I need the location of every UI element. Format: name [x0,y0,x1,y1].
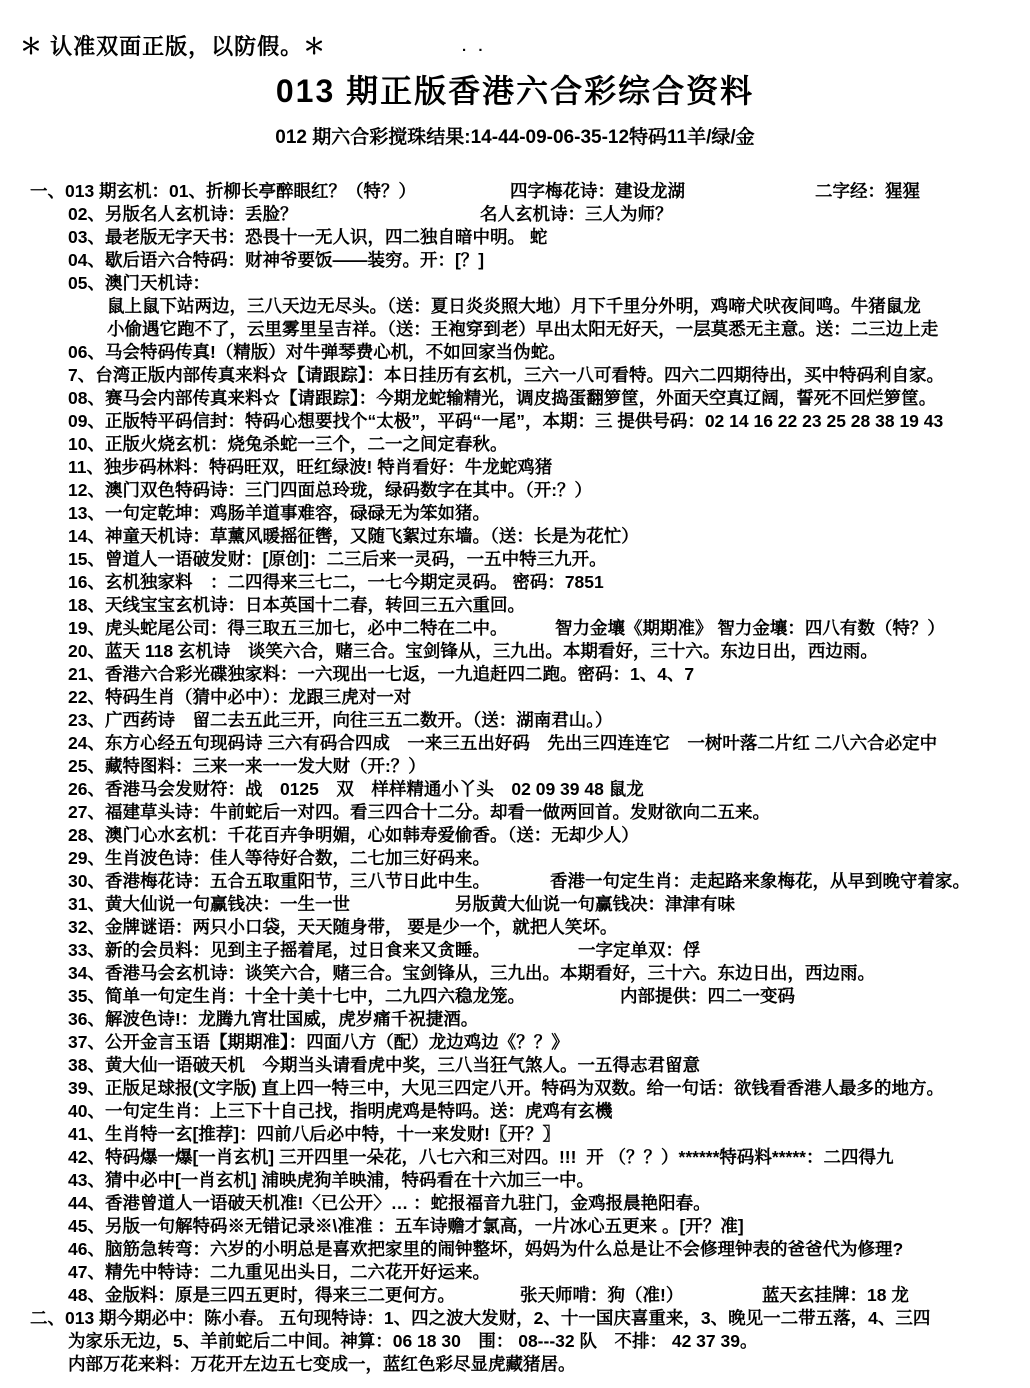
text-line: 16、玄机独家料 ：二四得来三七二，一七今期定灵码。 密码：7851 [0,571,1030,594]
line-segment: 43、猜中必中[一肖玄机] 浦映虎狗羊映浦，特码看在十六加三一中。 [68,1170,594,1190]
text-line: 33、新的会员料：见到主子摇着尾，过日食来又贪睡。一字定单双：俘 [0,939,1030,962]
text-line: 08、赛马会内部传真来料☆【请跟踪】：今期龙蛇输精光，调皮捣蛋翻箩筐，外面天空真… [0,387,1030,410]
text-line: 13、一句定乾坤：鸡肠羊道事难容，碌碌无为笨如猪。 [0,502,1030,525]
text-line: 42、特码爆一爆[一肖玄机] 三开四里一朵花，八七六和三对四。!!! 开 （？？… [0,1146,1030,1169]
text-line: 15、曾道人一语破发财：[原创]：二三后来一灵码，一五中特三九开。 [0,548,1030,571]
text-line: 36、解波色诗!：龙腾九宵壮国威，虎岁痛千祝捷酒。 [0,1008,1030,1031]
line-segment: 08、赛马会内部传真来料☆【请跟踪】：今期龙蛇输精光，调皮捣蛋翻箩筐，外面天空真… [68,388,936,408]
line-segment: 31、黄大仙说一句赢钱决：一生一世 [68,894,350,914]
text-line: 20、蓝天 118 玄机诗 谈笑六合，赌三合。宝剑锋从，三九出。本期看好，三十六… [0,640,1030,663]
text-line: 46、脑筋急转弯：六岁的小明总是喜欢把家里的闹钟整坏，妈妈为什么总是让不会修理钟… [0,1238,1030,1261]
text-line: 为家乐无边，5、羊前蛇后二中间。神算：06 18 30 围： 08---32 队… [0,1330,1030,1353]
text-line: 44、香港曾道人一语破天机准!〈已公开〉… ：蛇报福音九驻门，金鸡报晨艳阳春。 [0,1192,1030,1215]
line-segment: 25、藏特图料：三来一来一一发大财（开:？） [68,756,426,776]
line-segment: 32、金牌谜语：两只小口袋，天天随身带， 要是少一个，就把人笑坏。 [68,917,617,937]
text-line: 25、藏特图料：三来一来一一发大财（开:？） [0,755,1030,778]
line-segment: 39、正版足球报(文字版) 直上四一特三中，大见三四定八开。特码为双数。给一句话… [68,1078,944,1098]
text-line: 29、生肖波色诗：佳人等待好合数，二七加三好码来。 [0,847,1030,870]
line-segment: 10、正版火烧玄机：烧兔杀蛇一三个，二一之间定春秋。 [68,434,507,454]
line-segment: 内部提供：四二一变码 [620,985,795,1008]
line-segment: 05、澳门天机诗： [68,273,210,293]
text-line: 30、香港梅花诗：五合五取重阳节，三八节日此中生。香港一句定生肖：走起路来象梅花… [0,870,1030,893]
line-segment: 46、脑筋急转弯：六岁的小明总是喜欢把家里的闹钟整坏，妈妈为什么总是让不会修理钟… [68,1239,903,1259]
text-line: 39、正版足球报(文字版) 直上四一特三中，大见三四定八开。特码为双数。给一句话… [0,1077,1030,1100]
text-line: 二、013 期今期必中：陈小春。 五句现特诗：1、四之波大发财，2、十一国庆喜重… [0,1307,1030,1330]
text-line: 28、澳门心水玄机：千花百卉争明媚，心如韩寿爱偷香。（送：无却少人） [0,824,1030,847]
text-line: 05、澳门天机诗： [0,272,1030,295]
line-segment: 13、一句定乾坤：鸡肠羊道事难容，碌碌无为笨如猪。 [68,503,490,523]
text-line: 38、黄大仙一语破天机 今期当头请看虎中奖，三八当狂气煞人。一五得志君留意 [0,1054,1030,1077]
text-line: 14、神童天机诗：草薰风暖摇征辔，又随飞絮过东墙。（送：长是为花忙） [0,525,1030,548]
line-segment: 48、金版料：原是三四五更时，得来三二更何方。 [68,1285,455,1305]
line-segment: 29、生肖波色诗：佳人等待好合数，二七加三好码来。 [68,848,490,868]
text-line: 21、香港六合彩光碟独家料：一六现出一七返，一九追赶四二跑。密码：1、4、7 [0,663,1030,686]
text-line: 23、广西药诗 留二去五此三开，向往三五二数开。（送：湖南君山。） [0,709,1030,732]
line-segment: 内部万花来料：万花开左边五七变成一，蓝红色彩尽显虎藏猪居。 [68,1354,576,1374]
line-segment: 小偷遇它跑不了，云里雾里呈吉祥。（送：王袍穿到老）早出太阳无好天，一层莫悉无主意… [107,319,938,339]
text-line: 27、福建草头诗：牛前蛇后一对四。看三四合十二分。却看一做两回首。发财欲向二五来… [0,801,1030,824]
line-segment: 香港一句定生肖：走起路来象梅花，从早到晚守着家。 [550,870,970,893]
text-line: 19、虎头蛇尾公司：得三取五三加七，必中二特在二中。智力金壤《期期准》 智力金壤… [0,617,1030,640]
text-line: 37、公开金言玉语【期期准】：四面八方（配）龙边鸡边《？？》 [0,1031,1030,1054]
line-segment: 44、香港曾道人一语破天机准!〈已公开〉… ：蛇报福音九驻门，金鸡报晨艳阳春。 [68,1193,711,1213]
text-line: 24、东方心经五句现码诗 三六有码合四成 一来三五出好码 先出三四连连它 一树叶… [0,732,1030,755]
line-segment: 名人玄机诗：三人为师？ [480,203,673,226]
line-segment: 33、新的会员料：见到主子摇着尾，过日食来又贪睡。 [68,940,490,960]
text-line: 鼠上鼠下站两边，三八天边无尽头。（送：夏日炎炎照大地）月下千里分外明，鸡啼犬吠夜… [0,295,1030,318]
page: { "page": { "notice": "＊ 认准双面正版，以防假。＊", … [0,0,1030,1388]
text-line: 40、一句定生肖：上三下十自己找，指明虎鸡是特吗。送：虎鸡有玄機 [0,1100,1030,1123]
text-line: 41、生肖特一玄[推荐]：四前八后必中特，十一来发财!〖开？〗 [0,1123,1030,1146]
line-segment: 7、台湾正版内部传真来料☆【请跟踪】：本日挂历有玄机，三六一八可看特。四六二四期… [68,365,944,385]
corner-dots: . . [462,38,487,55]
document-body: 一、013 期玄机：01、折柳长亭醉眼红？（特？）四字梅花诗：建设龙湖二字经：猩… [0,180,1030,1376]
text-line: 34、香港马会玄机诗：谈笑六合，赌三合。宝剑锋从，三九出。本期看好，三十六。东边… [0,962,1030,985]
line-segment: 智力金壤《期期准》 智力金壤：四八有数（特？） [555,617,945,640]
line-segment: 02、另版名人玄机诗：丢脸？ [68,204,297,224]
text-line: 47、精先中特诗：二九重见出头日，二六花开好运来。 [0,1261,1030,1284]
line-segment: 23、广西药诗 留二去五此三开，向往三五二数开。（送：湖南君山。） [68,710,612,730]
text-line: 48、金版料：原是三四五更时，得来三二更何方。张天师啃：狗（准!）蓝天玄挂牌：1… [0,1284,1030,1307]
text-line: 小偷遇它跑不了，云里雾里呈吉祥。（送：王袍穿到老）早出太阳无好天，一层莫悉无主意… [0,318,1030,341]
text-line: 12、澳门双色特码诗：三门四面总玲珑，绿码数字在其中。（开:？） [0,479,1030,502]
line-segment: 45、另版一句解特码※无错记录※\准准 ：五车诗赡才氯高，一片冰心五更来 。[开… [68,1216,744,1236]
line-segment: 24、东方心经五句现码诗 三六有码合四成 一来三五出好码 先出三四连连它 一树叶… [68,733,937,753]
text-line: 35、简单一句定生肖：十全十美十七中，二九四六稳龙笼。内部提供：四二一变码 [0,985,1030,1008]
line-segment: 27、福建草头诗：牛前蛇后一对四。看三四合十二分。却看一做两回首。发财欲向二五来… [68,802,770,822]
line-segment: 21、香港六合彩光碟独家料：一六现出一七返，一九追赶四二跑。密码：1、4、7 [68,664,694,684]
line-segment: 14、神童天机诗：草薰风暖摇征辔，又随飞絮过东墙。（送：长是为花忙） [68,526,639,546]
text-line: 一、013 期玄机：01、折柳长亭醉眼红？（特？）四字梅花诗：建设龙湖二字经：猩… [0,180,1030,203]
line-segment: 一字定单双：俘 [578,939,701,962]
text-line: 09、正版特平码信封：特码心想要找个“太极”，平码“一尾”，本期：三 提供号码：… [0,410,1030,433]
text-line: 32、金牌谜语：两只小口袋，天天随身带， 要是少一个，就把人笑坏。 [0,916,1030,939]
line-segment: 22、特码生肖（猜中必中）：龙跟三虎对一对 [68,687,411,707]
line-segment: 09、正版特平码信封：特码心想要找个“太极”，平码“一尾”，本期：三 提供号码：… [68,411,943,431]
text-line: 06、马会特码传真!（精版）对牛弹琴费心机，不如回家当伪蛇。 [0,341,1030,364]
text-line: 43、猜中必中[一肖玄机] 浦映虎狗羊映浦，特码看在十六加三一中。 [0,1169,1030,1192]
anti-fake-notice: ＊ 认准双面正版，以防假。＊ [20,30,326,61]
line-segment: 张天师啃：狗（准!） [520,1284,683,1307]
previous-draw-result: 012 期六合彩搅珠结果:14-44-09-06-35-12特码11羊/绿/金 [0,122,1030,149]
line-segment: 12、澳门双色特码诗：三门四面总玲珑，绿码数字在其中。（开:？） [68,480,592,500]
text-line: 11、独步码林料：特码旺双，旺红绿波! 特肖看好：牛龙蛇鸡猪 [0,456,1030,479]
line-segment: 26、香港马会发财符：战 0125 双 样样精通小丫头 02 09 39 48 … [68,779,644,799]
line-segment: 40、一句定生肖：上三下十自己找，指明虎鸡是特吗。送：虎鸡有玄機 [68,1101,612,1121]
line-segment: 11、独步码林料：特码旺双，旺红绿波! 特肖看好：牛龙蛇鸡猪 [68,457,552,477]
line-segment: 03、最老版无字天书：恐畏十一无人识，四二独自暗中明。 蛇 [68,227,547,247]
line-segment: 16、玄机独家料 ：二四得来三七二，一七今期定灵码。 密码：7851 [68,572,604,592]
line-segment: 28、澳门心水玄机：千花百卉争明媚，心如韩寿爱偷香。（送：无却少人） [68,825,639,845]
line-segment: 15、曾道人一语破发财：[原创]：二三后来一灵码，一五中特三九开。 [68,549,607,569]
text-line: 02、另版名人玄机诗：丢脸？名人玄机诗：三人为师？ [0,203,1030,226]
text-line: 04、歇后语六合特码：财神爷要饭——装穷。开：[？] [0,249,1030,272]
line-segment: 41、生肖特一玄[推荐]：四前八后必中特，十一来发财!〖开？〗 [68,1124,560,1144]
text-line: 内部万花来料：万花开左边五七变成一，蓝红色彩尽显虎藏猪居。 [0,1353,1030,1376]
page-title: 013 期正版香港六合彩综合资料 [0,66,1030,112]
line-segment: 18、天线宝宝玄机诗：日本英国十二春，转回三五六重回。 [68,595,525,615]
line-segment: 06、马会特码传真!（精版）对牛弹琴费心机，不如回家当伪蛇。 [68,342,566,362]
line-segment: 35、简单一句定生肖：十全十美十七中，二九四六稳龙笼。 [68,986,525,1006]
line-segment: 37、公开金言玉语【期期准】：四面八方（配）龙边鸡边《？？》 [68,1032,569,1052]
text-line: 26、香港马会发财符：战 0125 双 样样精通小丫头 02 09 39 48 … [0,778,1030,801]
line-segment: 38、黄大仙一语破天机 今期当头请看虎中奖，三八当狂气煞人。一五得志君留意 [68,1055,700,1075]
line-segment: 42、特码爆一爆[一肖玄机] 三开四里一朵花，八七六和三对四。!!! 开 （？？… [68,1147,893,1167]
line-segment: 34、香港马会玄机诗：谈笑六合，赌三合。宝剑锋从，三九出。本期看好，三十六。东边… [68,963,875,983]
line-segment: 一、013 期玄机：01、折柳长亭醉眼红？（特？） [30,181,416,201]
line-segment: 四字梅花诗：建设龙湖 [510,180,685,203]
line-segment: 20、蓝天 118 玄机诗 谈笑六合，赌三合。宝剑锋从，三九出。本期看好，三十六… [68,641,878,661]
line-segment: 04、歇后语六合特码：财神爷要饭——装穷。开：[？] [68,250,484,270]
line-segment: 蓝天玄挂牌：18 龙 [762,1284,909,1307]
line-segment: 19、虎头蛇尾公司：得三取五三加七，必中二特在二中。 [68,618,507,638]
line-segment: 鼠上鼠下站两边，三八天边无尽头。（送：夏日炎炎照大地）月下千里分外明，鸡啼犬吠夜… [107,296,921,316]
line-segment: 47、精先中特诗：二九重见出头日，二六花开好运来。 [68,1262,490,1282]
text-line: 10、正版火烧玄机：烧兔杀蛇一三个，二一之间定春秋。 [0,433,1030,456]
line-segment: 为家乐无边，5、羊前蛇后二中间。神算：06 18 30 围： 08---32 队… [68,1331,757,1351]
text-line: 31、黄大仙说一句赢钱决：一生一世另版黄大仙说一句赢钱决：津津有味 [0,893,1030,916]
line-segment: 36、解波色诗!：龙腾九宵壮国威，虎岁痛千祝捷酒。 [68,1009,478,1029]
line-segment: 另版黄大仙说一句赢钱决：津津有味 [455,893,735,916]
line-segment: 30、香港梅花诗：五合五取重阳节，三八节日此中生。 [68,871,490,891]
text-line: 22、特码生肖（猜中必中）：龙跟三虎对一对 [0,686,1030,709]
text-line: 45、另版一句解特码※无错记录※\准准 ：五车诗赡才氯高，一片冰心五更来 。[开… [0,1215,1030,1238]
line-segment: 二字经：猩猩 [815,180,920,203]
text-line: 03、最老版无字天书：恐畏十一无人识，四二独自暗中明。 蛇 [0,226,1030,249]
line-segment: 二、013 期今期必中：陈小春。 五句现特诗：1、四之波大发财，2、十一国庆喜重… [30,1308,930,1328]
text-line: 7、台湾正版内部传真来料☆【请跟踪】：本日挂历有玄机，三六一八可看特。四六二四期… [0,364,1030,387]
text-line: 18、天线宝宝玄机诗：日本英国十二春，转回三五六重回。 [0,594,1030,617]
